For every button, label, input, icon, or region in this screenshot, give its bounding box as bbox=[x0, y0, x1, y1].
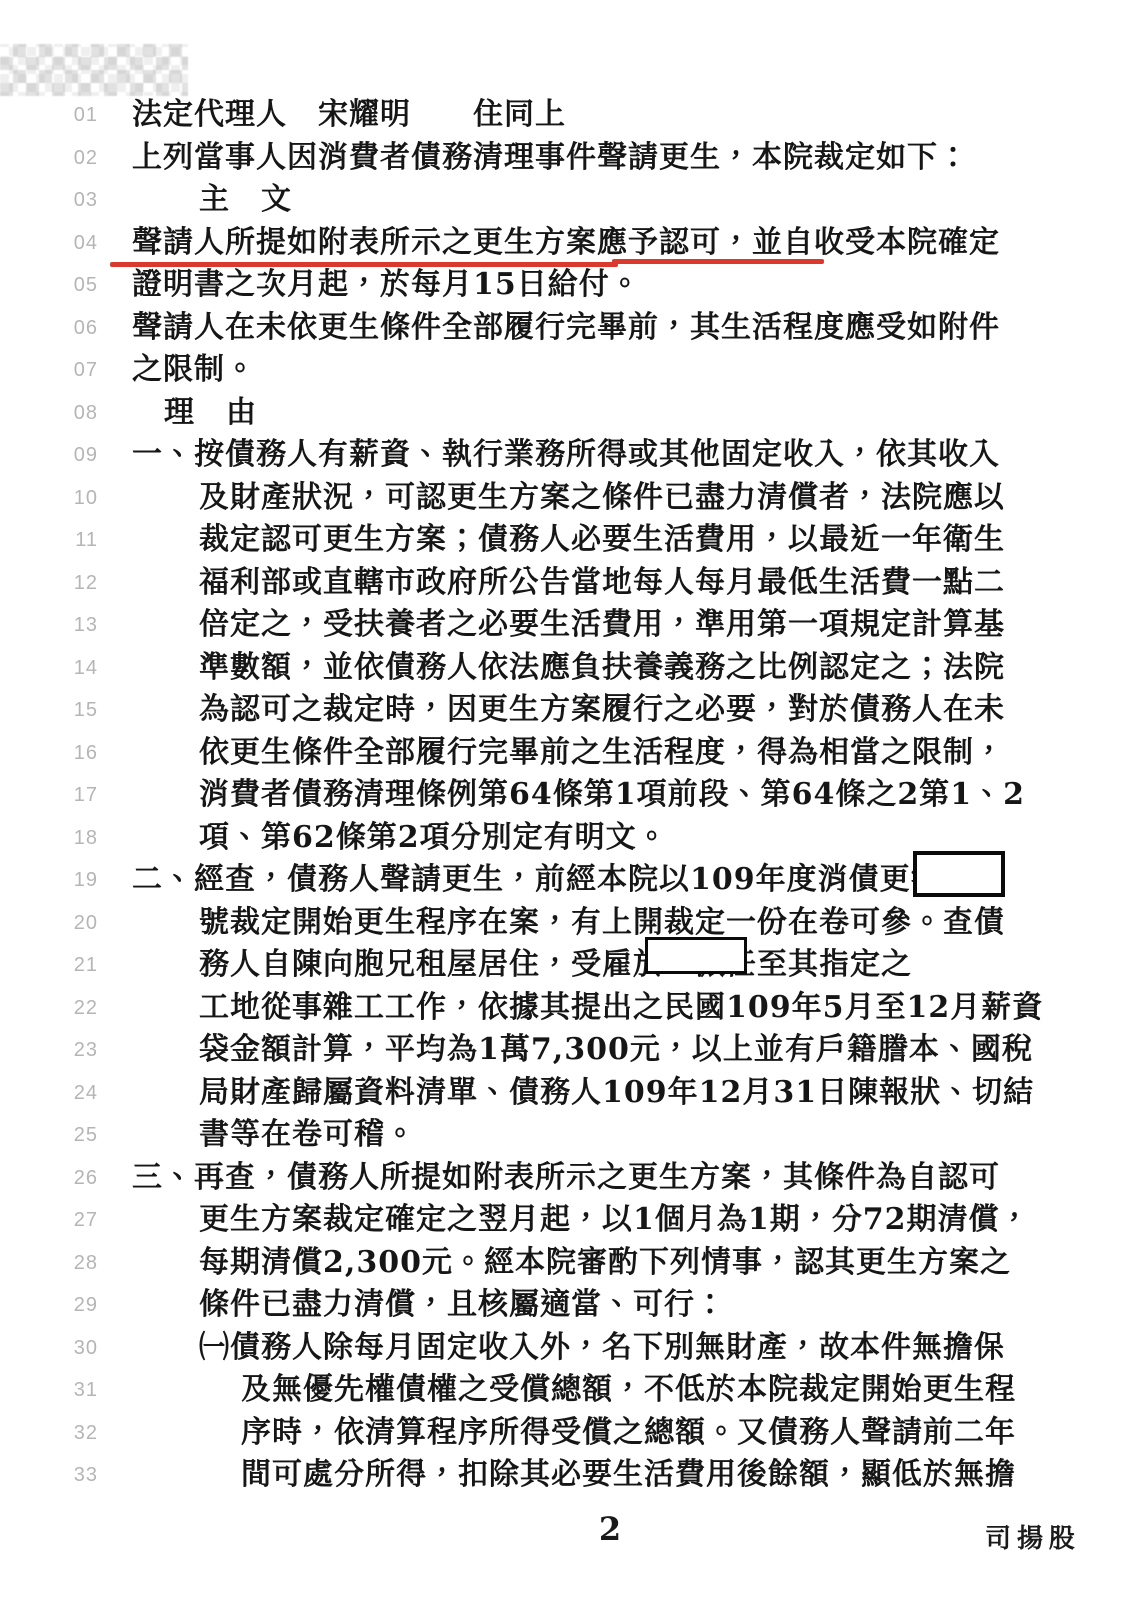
line-number: 01 bbox=[0, 94, 98, 137]
text-segment: 更生方案裁定確定之翌月起，以1個月為1期，分72期清償， bbox=[199, 1202, 1031, 1237]
line-number: 31 bbox=[0, 1369, 98, 1412]
line-number: 21 bbox=[0, 944, 98, 987]
line-number: 20 bbox=[0, 902, 98, 945]
text-segment: 及財產狀況，可認更生方案之條件已盡力清償者，法院應以 bbox=[199, 480, 1005, 515]
line-text: 項、第62條第2項分別定有明文。 bbox=[132, 817, 668, 860]
line-number: 23 bbox=[0, 1029, 98, 1072]
line-text: 及財產狀況，可認更生方案之條件已盡力清償者，法院應以 bbox=[132, 477, 1005, 520]
line-number: 02 bbox=[0, 137, 98, 180]
line-text: 之限制。 bbox=[132, 349, 256, 392]
line-number: 11 bbox=[0, 519, 98, 562]
line-text: 及無優先權債權之受償總額，不低於本院裁定開始更生程 bbox=[132, 1369, 1016, 1412]
line-text: 二、經查，債務人聲請更生，前經本院以109年度消債更字 bbox=[132, 859, 942, 902]
line-text: 三、再查，債務人所提如附表所示之更生方案，其條件為自認可 bbox=[132, 1157, 1000, 1200]
text-segment: 理 由 bbox=[164, 395, 257, 430]
line-text: 號裁定開始更生程序在案，有上開裁定一份在卷可參。查債 bbox=[132, 902, 1005, 945]
page-number: 2 bbox=[0, 1510, 1131, 1548]
document-line: 33間可處分所得，扣除其必要生活費用後餘額，顯低於無擔 bbox=[0, 1454, 1131, 1497]
document-line: 03主 文 bbox=[0, 179, 1131, 222]
line-number: 27 bbox=[0, 1199, 98, 1242]
text-segment: 證明書之次月起，於每月15日給付。 bbox=[132, 267, 641, 302]
line-number: 22 bbox=[0, 987, 98, 1030]
line-number: 05 bbox=[0, 264, 98, 307]
line-number: 06 bbox=[0, 307, 98, 350]
line-number: 15 bbox=[0, 689, 98, 732]
line-number: 12 bbox=[0, 562, 98, 605]
document-line: 26三、再查，債務人所提如附表所示之更生方案，其條件為自認可 bbox=[0, 1157, 1131, 1200]
document-line: 12福利部或直轄市政府所公告當地每人每月最低生活費一點二 bbox=[0, 562, 1131, 605]
text-segment: 及無優先權債權之受償總額，不低於本院裁定開始更生程 bbox=[241, 1372, 1016, 1407]
text-segment: 書等在卷可稽。 bbox=[199, 1117, 416, 1152]
text-segment: 工地從事雜工工作，依據其提出之民國109年5月至12月薪資 bbox=[199, 990, 1043, 1025]
line-number: 14 bbox=[0, 647, 98, 690]
document-line: 32序時，依清算程序所得受償之總額。又債務人聲請前二年 bbox=[0, 1412, 1131, 1455]
document-line: 29條件已盡力清償，且核屬適當、可行： bbox=[0, 1284, 1131, 1327]
document-line: 31及無優先權債權之受償總額，不低於本院裁定開始更生程 bbox=[0, 1369, 1131, 1412]
text-segment: 務人自陳向胞兄租屋居住，受雇於 bbox=[199, 947, 664, 982]
text-segment: 之限制。 bbox=[132, 352, 256, 387]
line-text: ㈠債務人除每月固定收入外，名下別無財產，故本件無擔保 bbox=[132, 1327, 1005, 1370]
line-number: 08 bbox=[0, 392, 98, 435]
text-segment: 福利部或直轄市政府所公告當地每人每月最低生活費一點二 bbox=[199, 565, 1005, 600]
line-number: 16 bbox=[0, 732, 98, 775]
line-text: 一、按債務人有薪資、執行業務所得或其他固定收入，依其收入 bbox=[132, 434, 1000, 477]
line-number: 33 bbox=[0, 1454, 98, 1497]
line-number: 07 bbox=[0, 349, 98, 392]
line-number: 18 bbox=[0, 817, 98, 860]
document-line: 20號裁定開始更生程序在案，有上開裁定一份在卷可參。查債 bbox=[0, 902, 1131, 945]
clerk-section-stamp: 司揚股 bbox=[985, 1518, 1081, 1555]
document-line: 04聲請人所提如附表所示之更生方案應予認可，並自收受本院確定 bbox=[0, 222, 1131, 265]
line-text: 依更生條件全部履行完畢前之生活程度，得為相當之限制， bbox=[132, 732, 1005, 775]
line-text: 間可處分所得，扣除其必要生活費用後餘額，顯低於無擔 bbox=[132, 1454, 1016, 1497]
document-line: 30㈠債務人除每月固定收入外，名下別無財產，故本件無擔保 bbox=[0, 1327, 1131, 1370]
text-segment: 序時，依清算程序所得受償之總額。又債務人聲請前二年 bbox=[241, 1415, 1016, 1450]
line-text: 法定代理人 宋耀明 住同上 bbox=[132, 94, 566, 137]
text-segment: ㈠債務人除每月固定收入外，名下別無財產，故本件無擔保 bbox=[199, 1330, 1005, 1365]
line-number: 17 bbox=[0, 774, 98, 817]
document-line: 07之限制。 bbox=[0, 349, 1131, 392]
document-line: 11裁定認可更生方案；債務人必要生活費用，以最近一年衛生 bbox=[0, 519, 1131, 562]
line-text: 福利部或直轄市政府所公告當地每人每月最低生活費一點二 bbox=[132, 562, 1005, 605]
line-text: 為認可之裁定時，因更生方案履行之必要，對於債務人在未 bbox=[132, 689, 1005, 732]
line-text: 準數額，並依債務人依法應負扶養義務之比例認定之；法院 bbox=[132, 647, 1005, 690]
line-text: 袋金額計算，平均為1萬7,300元，以上並有戶籍謄本、國稅 bbox=[132, 1029, 1033, 1072]
line-number: 26 bbox=[0, 1157, 98, 1200]
document-line: 14準數額，並依債務人依法應負扶養義務之比例認定之；法院 bbox=[0, 647, 1131, 690]
text-segment: 依更生條件全部履行完畢前之生活程度，得為相當之限制， bbox=[199, 735, 1005, 770]
line-text: 倍定之，受扶養者之必要生活費用，準用第一項規定計算基 bbox=[132, 604, 1005, 647]
document-line: 16依更生條件全部履行完畢前之生活程度，得為相當之限制， bbox=[0, 732, 1131, 775]
redaction-box bbox=[913, 851, 1005, 897]
document-line: 05證明書之次月起，於每月15日給付。 bbox=[0, 264, 1131, 307]
text-segment: 項、第62條第2項分別定有明文。 bbox=[199, 820, 668, 855]
document-lines: 01法定代理人 宋耀明 住同上02上列當事人因消費者債務清理事件聲請更生，本院裁… bbox=[0, 94, 1131, 1497]
line-number: 24 bbox=[0, 1072, 98, 1115]
text-segment: 裁定認可更生方案；債務人必要生活費用，以最近一年衛生 bbox=[199, 522, 1005, 557]
document-line: 19二、經查，債務人聲請更生，前經本院以109年度消債更字 bbox=[0, 859, 1131, 902]
text-segment: 每期清償2,300元。經本院審酌下列情事，認其更生方案之 bbox=[199, 1245, 1011, 1280]
line-text: 聲請人所提如附表所示之更生方案應予認可，並自收受本院確定 bbox=[132, 222, 1000, 265]
line-text: 聲請人在未依更生條件全部履行完畢前，其生活程度應受如附件 bbox=[132, 307, 1000, 350]
line-text: 工地從事雜工工作，依據其提出之民國109年5月至12月薪資 bbox=[132, 987, 1043, 1030]
text-segment: 主 文 bbox=[199, 182, 292, 217]
text-segment: 一、按債務人有薪資、執行業務所得或其他固定收入，依其收入 bbox=[132, 437, 1000, 472]
red-underline bbox=[612, 259, 824, 264]
text-segment: 準數額，並依債務人依法應負扶養義務之比例認定之；法院 bbox=[199, 650, 1005, 685]
document-line: 02上列當事人因消費者債務清理事件聲請更生，本院裁定如下： bbox=[0, 137, 1131, 180]
line-text: 更生方案裁定確定之翌月起，以1個月為1期，分72期清償， bbox=[132, 1199, 1031, 1242]
line-text: 條件已盡力清償，且核屬適當、可行： bbox=[132, 1284, 726, 1327]
line-number: 32 bbox=[0, 1412, 98, 1455]
text-segment: 三、再查，債務人所提如附表所示之更生方案，其條件為自認可 bbox=[132, 1160, 1000, 1195]
document-line: 27更生方案裁定確定之翌月起，以1個月為1期，分72期清償， bbox=[0, 1199, 1131, 1242]
line-text: 裁定認可更生方案；債務人必要生活費用，以最近一年衛生 bbox=[132, 519, 1005, 562]
line-text: 序時，依清算程序所得受償之總額。又債務人聲請前二年 bbox=[132, 1412, 1016, 1455]
line-text: 理 由 bbox=[132, 392, 257, 435]
document-line: 24局財產歸屬資料清單、債務人109年12月31日陳報狀、切結 bbox=[0, 1072, 1131, 1115]
document-line: 09一、按債務人有薪資、執行業務所得或其他固定收入，依其收入 bbox=[0, 434, 1131, 477]
document-line: 23袋金額計算，平均為1萬7,300元，以上並有戶籍謄本、國稅 bbox=[0, 1029, 1131, 1072]
line-number: 30 bbox=[0, 1327, 98, 1370]
document-line: 15為認可之裁定時，因更生方案履行之必要，對於債務人在未 bbox=[0, 689, 1131, 732]
line-number: 13 bbox=[0, 604, 98, 647]
document-line: 10及財產狀況，可認更生方案之條件已盡力清償者，法院應以 bbox=[0, 477, 1131, 520]
line-text: 務人自陳向胞兄租屋居住，受雇於，派任至其指定之 bbox=[132, 944, 912, 987]
text-segment: 聲請人在未依更生條件全部履行完畢前，其生活程度應受如附件 bbox=[132, 310, 1000, 345]
line-text: 證明書之次月起，於每月15日給付。 bbox=[132, 264, 641, 307]
line-number: 29 bbox=[0, 1284, 98, 1327]
text-segment: 消費者債務清理條例第64條第1項前段、第64條之2第1、2 bbox=[199, 777, 1025, 812]
document-line: 28每期清償2,300元。經本院審酌下列情事，認其更生方案之 bbox=[0, 1242, 1131, 1285]
line-number: 28 bbox=[0, 1242, 98, 1285]
document-line: 06聲請人在未依更生條件全部履行完畢前，其生活程度應受如附件 bbox=[0, 307, 1131, 350]
text-segment: 法定代理人 宋耀明 住同上 bbox=[132, 97, 566, 132]
text-segment: 倍定之，受扶養者之必要生活費用，準用第一項規定計算基 bbox=[199, 607, 1005, 642]
line-text: 上列當事人因消費者債務清理事件聲請更生，本院裁定如下： bbox=[132, 137, 969, 180]
text-segment: 聲請人所提如附表所示之更生方案應予認可，並自收受本院確定 bbox=[132, 225, 1000, 260]
scan-artifact bbox=[0, 44, 188, 96]
text-segment: 間可處分所得，扣除其必要生活費用後餘額，顯低於無擔 bbox=[241, 1457, 1016, 1492]
text-segment: 為認可之裁定時，因更生方案履行之必要，對於債務人在未 bbox=[199, 692, 1005, 727]
line-text: 主 文 bbox=[132, 179, 292, 222]
document-line: 01法定代理人 宋耀明 住同上 bbox=[0, 94, 1131, 137]
line-number: 03 bbox=[0, 179, 98, 222]
line-number: 19 bbox=[0, 859, 98, 902]
line-number: 04 bbox=[0, 222, 98, 265]
text-segment: 二、經查，債務人聲請更生，前經本院以109年度消債更字 bbox=[132, 862, 942, 897]
document-line: 22工地從事雜工工作，依據其提出之民國109年5月至12月薪資 bbox=[0, 987, 1131, 1030]
line-text: 局財產歸屬資料清單、債務人109年12月31日陳報狀、切結 bbox=[132, 1072, 1034, 1115]
line-text: 每期清償2,300元。經本院審酌下列情事，認其更生方案之 bbox=[132, 1242, 1011, 1285]
line-text: 書等在卷可稽。 bbox=[132, 1114, 416, 1157]
document-line: 21務人自陳向胞兄租屋居住，受雇於，派任至其指定之 bbox=[0, 944, 1131, 987]
text-segment: 上列當事人因消費者債務清理事件聲請更生，本院裁定如下： bbox=[132, 140, 969, 175]
text-segment: 號裁定開始更生程序在案，有上開裁定一份在卷可參。查債 bbox=[199, 905, 1005, 940]
line-number: 10 bbox=[0, 477, 98, 520]
line-text: 消費者債務清理條例第64條第1項前段、第64條之2第1、2 bbox=[132, 774, 1025, 817]
line-number: 09 bbox=[0, 434, 98, 477]
document-line: 25書等在卷可稽。 bbox=[0, 1114, 1131, 1157]
text-segment: 局財產歸屬資料清單、債務人109年12月31日陳報狀、切結 bbox=[199, 1075, 1034, 1110]
text-segment: 條件已盡力清償，且核屬適當、可行： bbox=[199, 1287, 726, 1322]
redaction-box bbox=[645, 937, 747, 974]
document-line: 17消費者債務清理條例第64條第1項前段、第64條之2第1、2 bbox=[0, 774, 1131, 817]
document-line: 13倍定之，受扶養者之必要生活費用，準用第一項規定計算基 bbox=[0, 604, 1131, 647]
line-number: 25 bbox=[0, 1114, 98, 1157]
text-segment: 袋金額計算，平均為1萬7,300元，以上並有戶籍謄本、國稅 bbox=[199, 1032, 1033, 1067]
court-document-page: 01法定代理人 宋耀明 住同上02上列當事人因消費者債務清理事件聲請更生，本院裁… bbox=[0, 0, 1131, 1600]
document-line: 08理 由 bbox=[0, 392, 1131, 435]
